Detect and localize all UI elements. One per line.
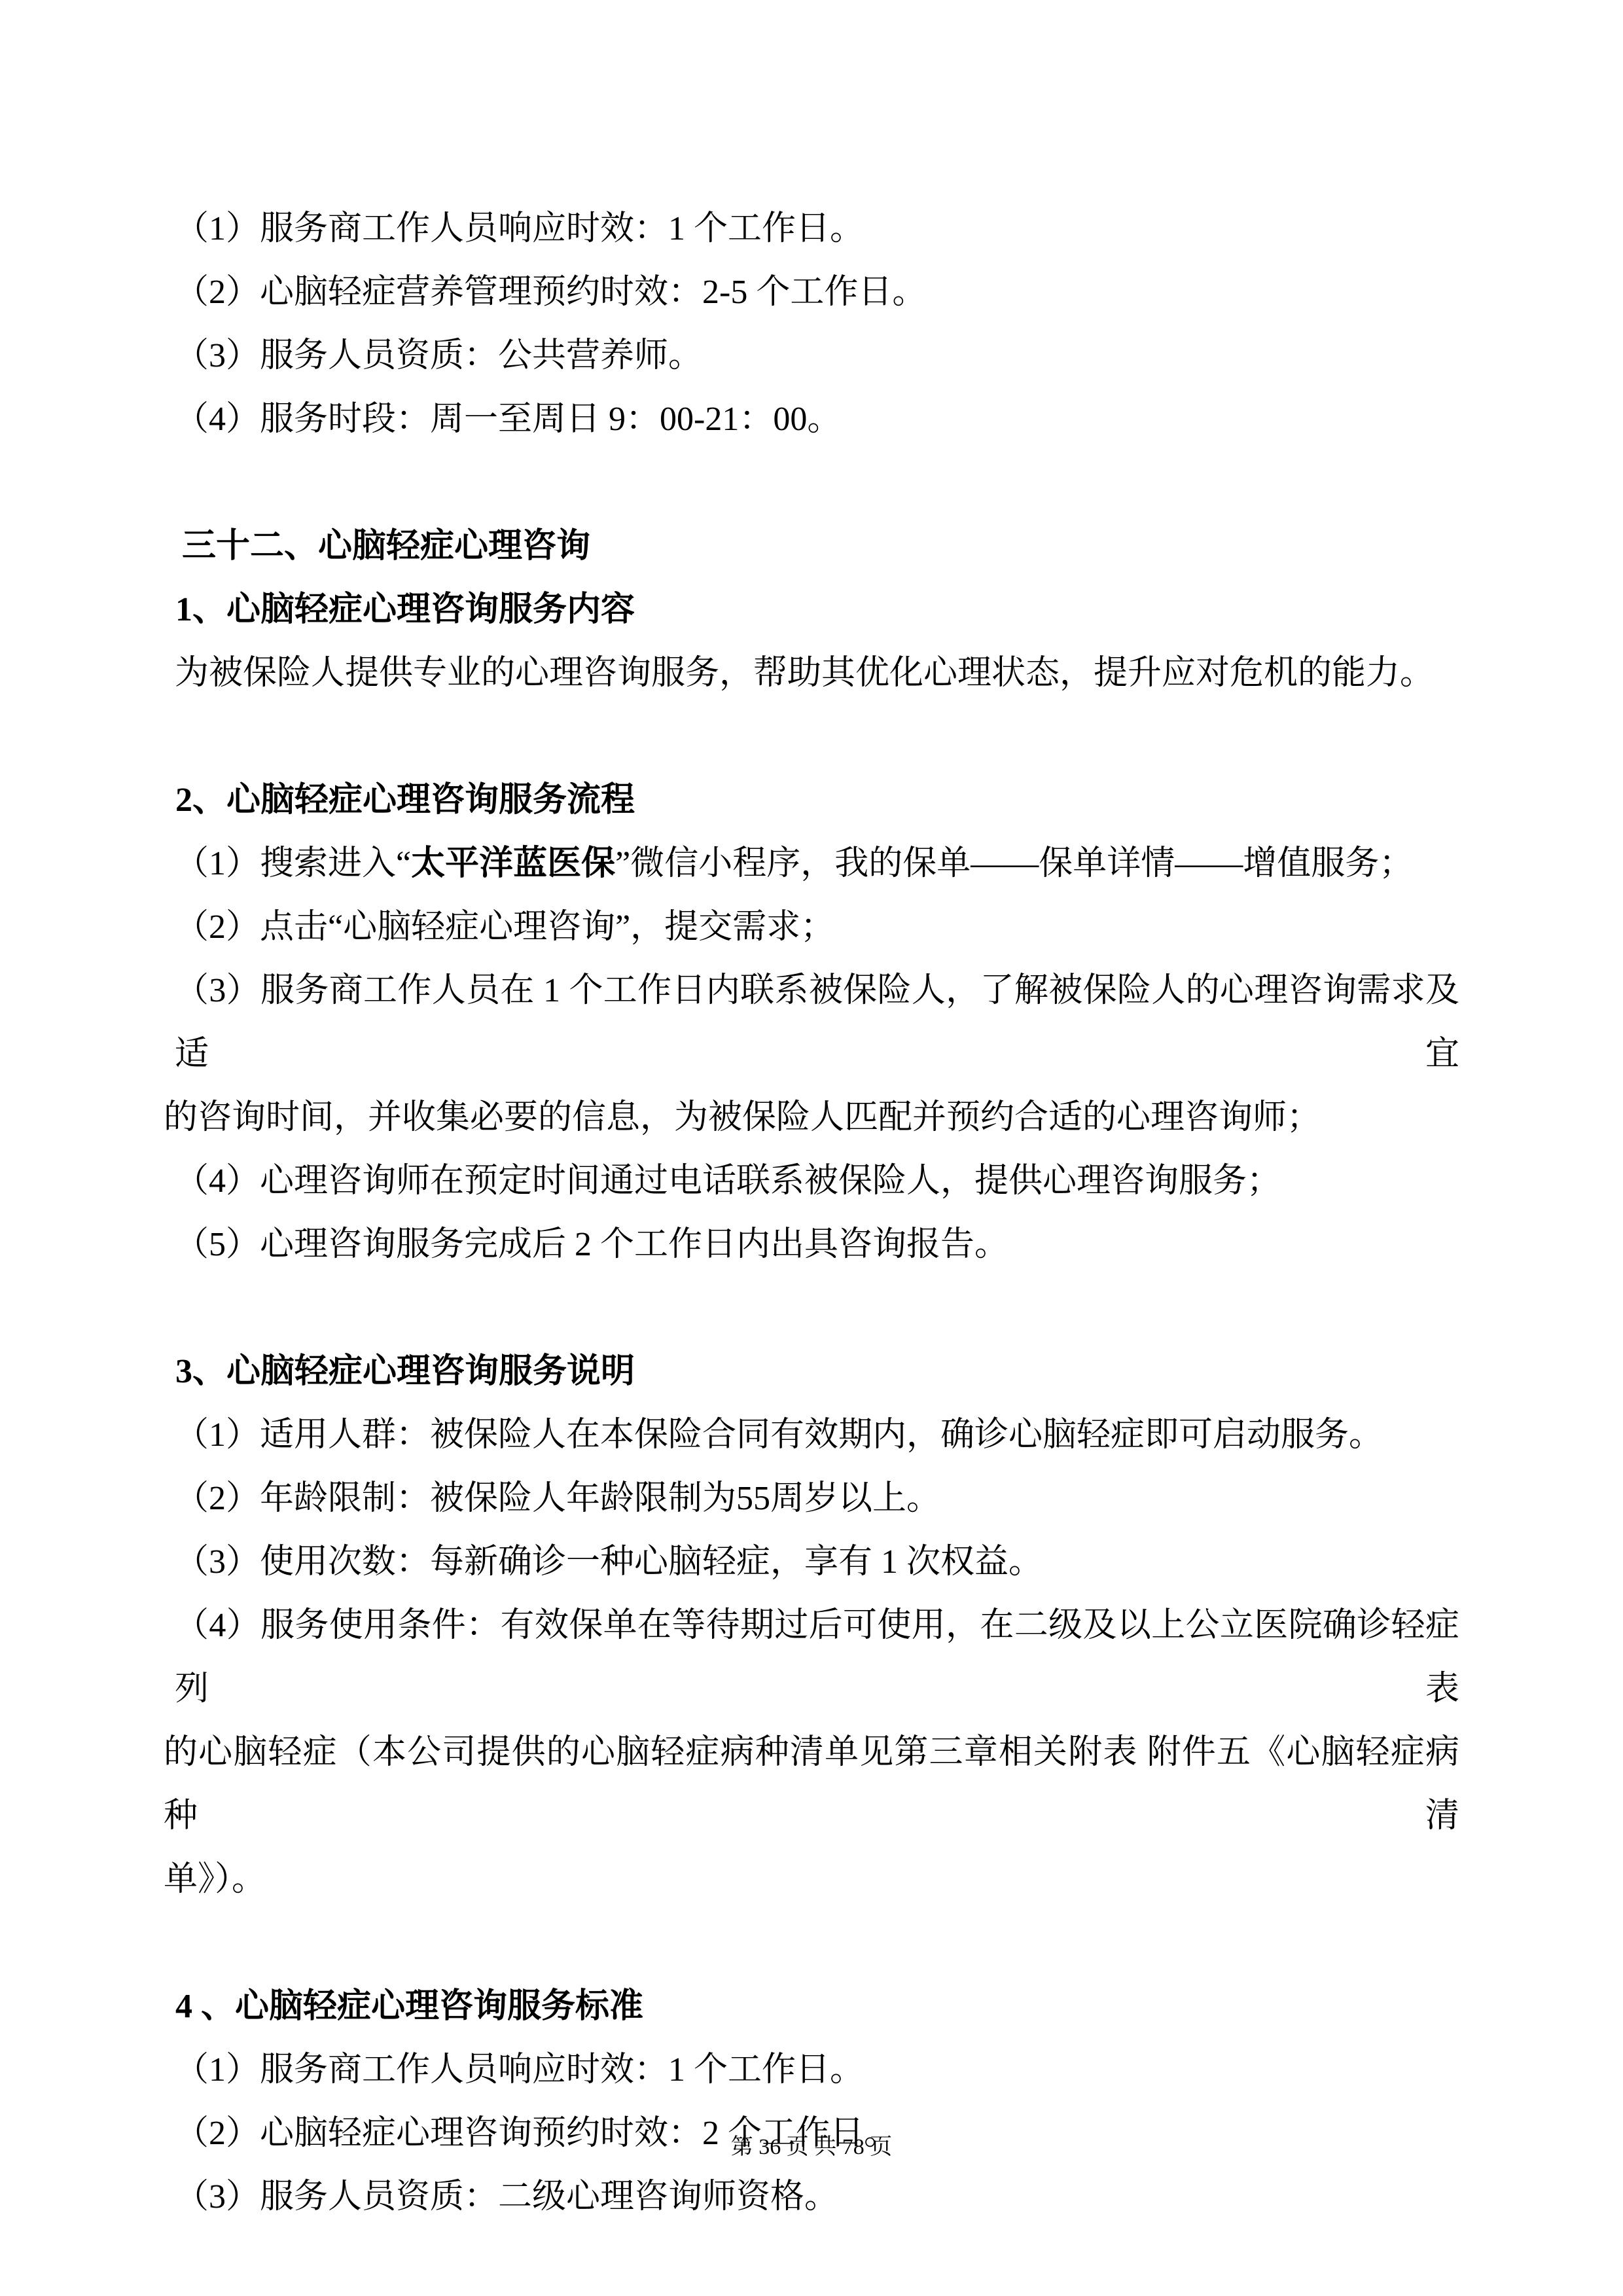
subsection-2-item-4: （4）心理咨询师在预定时间通过电话联系被保险人，提供心理咨询服务； xyxy=(164,1149,1459,1213)
document-page: （1）服务商工作人员响应时效：1 个工作日。 （2）心脑轻症营养管理预约时效：2… xyxy=(0,0,1623,2296)
subsection-3-item-4-line-3: 单》）。 xyxy=(164,1848,1459,1911)
intro-item-4: （4）服务时段：周一至周日 9：00-21：00。 xyxy=(164,387,1459,451)
subsection-3-item-1: （1）适用人群：被保险人在本保险合同有效期内，确诊心脑轻症即可启动服务。 xyxy=(164,1403,1459,1467)
brand-name-bold: 太平洋蓝医保 xyxy=(411,845,615,882)
item-text-suffix: ”微信小程序，我的保单——保单详情——增值服务； xyxy=(615,845,1413,882)
subsection-2-item-2: （2）点击“心脑轻症心理咨询”，提交需求； xyxy=(164,895,1459,959)
subsection-2-item-5: （5）心理咨询服务完成后 2 个工作日内出具咨询报告。 xyxy=(164,1213,1459,1276)
subsection-3-item-4-line-1: （4）服务使用条件：有效保单在等待期过后可使用，在二级及以上公立医院确诊轻症列表 xyxy=(164,1594,1459,1721)
intro-item-1: （1）服务商工作人员响应时效：1 个工作日。 xyxy=(164,197,1459,260)
blank-line xyxy=(164,451,1459,514)
item-text-prefix: （1）搜索进入“ xyxy=(175,845,411,882)
blank-line xyxy=(164,1911,1459,1975)
subsection-3-item-2: （2）年龄限制：被保险人年龄限制为55周岁以上。 xyxy=(164,1467,1459,1530)
subsection-2-item-1: （1）搜索进入“太平洋蓝医保”微信小程序，我的保单——保单详情——增值服务； xyxy=(164,832,1459,895)
page-number-footer: 第 36 页 共 78 页 xyxy=(0,2115,1623,2179)
intro-item-2: （2）心脑轻症营养管理预约时效：2-5 个工作日。 xyxy=(164,260,1459,324)
subsection-4-title: 4 、心脑轻症心理咨询服务标准 xyxy=(164,1975,1459,2038)
intro-item-3: （3）服务人员资质：公共营养师。 xyxy=(164,324,1459,387)
blank-line xyxy=(164,705,1459,768)
subsection-3-item-4-line-2: 的心脑轻症（本公司提供的心脑轻症病种清单见第三章相关附表 附件五《心脑轻症病种清 xyxy=(164,1721,1459,1848)
subsection-3-item-3: （3）使用次数：每新确诊一种心脑轻症，享有 1 次权益。 xyxy=(164,1530,1459,1594)
section-title: 三十二、心脑轻症心理咨询 xyxy=(164,514,1459,578)
subsection-4-item-1: （1）服务商工作人员响应时效：1 个工作日。 xyxy=(164,2038,1459,2102)
subsection-2-item-3-line-2: 的咨询时间，并收集必要的信息，为被保险人匹配并预约合适的心理咨询师； xyxy=(164,1086,1459,1149)
blank-line xyxy=(164,1276,1459,1340)
document-body: （1）服务商工作人员响应时效：1 个工作日。 （2）心脑轻症营养管理预约时效：2… xyxy=(0,0,1623,2229)
subsection-3-title: 3、心脑轻症心理咨询服务说明 xyxy=(164,1340,1459,1403)
subsection-2-item-3-line-1: （3）服务商工作人员在 1 个工作日内联系被保险人，了解被保险人的心理咨询需求及… xyxy=(164,959,1459,1086)
subsection-1-body: 为被保险人提供专业的心理咨询服务，帮助其优化心理状态，提升应对危机的能力。 xyxy=(164,641,1459,705)
subsection-1-title: 1、心脑轻症心理咨询服务内容 xyxy=(164,578,1459,641)
subsection-2-title: 2、心脑轻症心理咨询服务流程 xyxy=(164,768,1459,832)
